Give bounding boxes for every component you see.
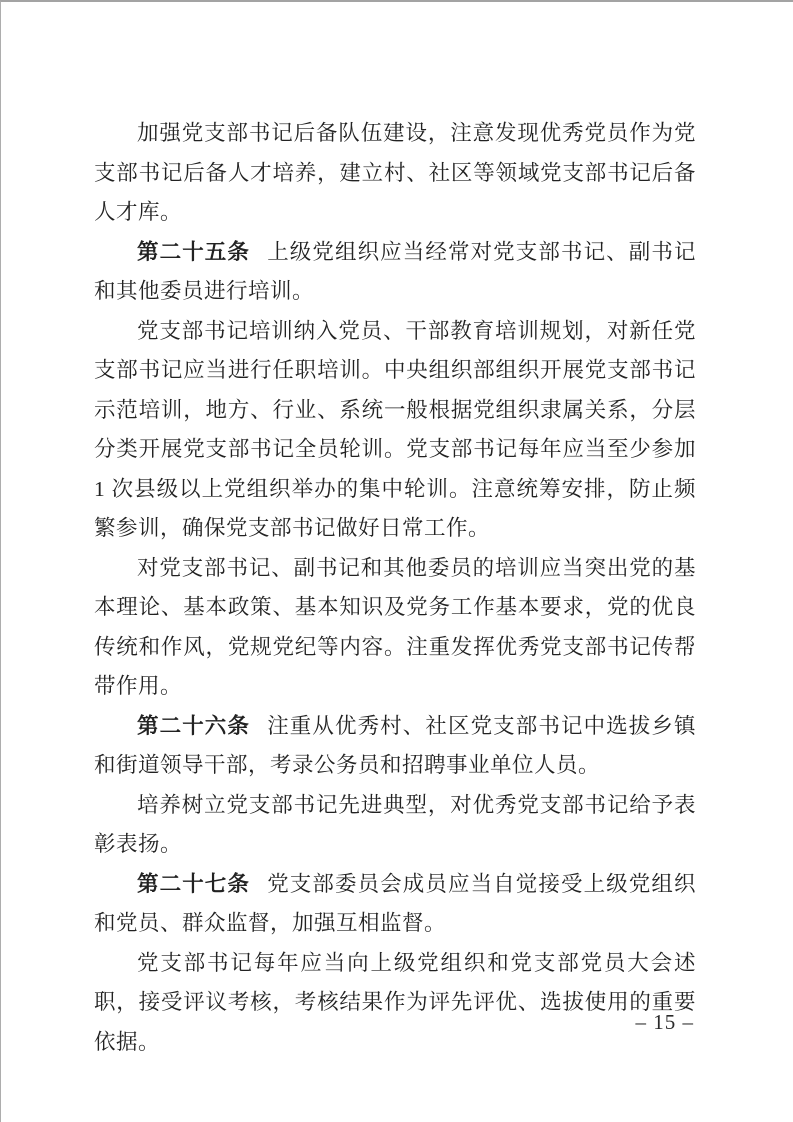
paragraph-text: 对党支部书记、副书记和其他委员的培训应当突出党的基本理论、基本政策、基本知识及党… bbox=[94, 556, 696, 699]
document-page: 加强党支部书记后备队伍建设，注意发现优秀党员作为党支部书记后备人才培养，建立村、… bbox=[0, 0, 793, 1122]
page-number: – 15 – bbox=[636, 1009, 695, 1035]
paragraph-text: 培养树立党支部书记先进典型，对优秀党支部书记给予表彰表扬。 bbox=[94, 793, 696, 857]
paragraph-text: 党支部书记培训纳入党员、干部教育培训规划，对新任党支部书记应当进行任职培训。中央… bbox=[94, 319, 696, 541]
paragraph: 对党支部书记、副书记和其他委员的培训应当突出党的基本理论、基本政策、基本知识及党… bbox=[94, 549, 696, 707]
article-number: 第二十五条 bbox=[137, 240, 250, 264]
article-number: 第二十六条 bbox=[137, 714, 250, 738]
paragraph-text: 加强党支部书记后备队伍建设，注意发现优秀党员作为党支部书记后备人才培养，建立村、… bbox=[94, 121, 696, 224]
paragraph: 第二十七条党支部委员会成员应当自觉接受上级党组织和党员、群众监督，加强互相监督。 bbox=[94, 865, 696, 944]
article-number: 第二十七条 bbox=[137, 872, 250, 896]
paragraph: 第二十五条上级党组织应当经常对党支部书记、副书记和其他委员进行培训。 bbox=[94, 233, 696, 312]
document-body: 加强党支部书记后备队伍建设，注意发现优秀党员作为党支部书记后备人才培养，建立村、… bbox=[94, 114, 696, 1062]
paragraph: 第二十六条注重从优秀村、社区党支部书记中选拔乡镇和街道领导干部，考录公务员和招聘… bbox=[94, 707, 696, 786]
paragraph: 党支部书记培训纳入党员、干部教育培训规划，对新任党支部书记应当进行任职培训。中央… bbox=[94, 312, 696, 549]
paragraph: 加强党支部书记后备队伍建设，注意发现优秀党员作为党支部书记后备人才培养，建立村、… bbox=[94, 114, 696, 233]
paragraph: 培养树立党支部书记先进典型，对优秀党支部书记给予表彰表扬。 bbox=[94, 786, 696, 865]
paragraph-text: 党支部书记每年应当向上级党组织和党支部党员大会述职，接受评议考核，考核结果作为评… bbox=[94, 951, 696, 1054]
paragraph: 党支部书记每年应当向上级党组织和党支部党员大会述职，接受评议考核，考核结果作为评… bbox=[94, 944, 696, 1063]
